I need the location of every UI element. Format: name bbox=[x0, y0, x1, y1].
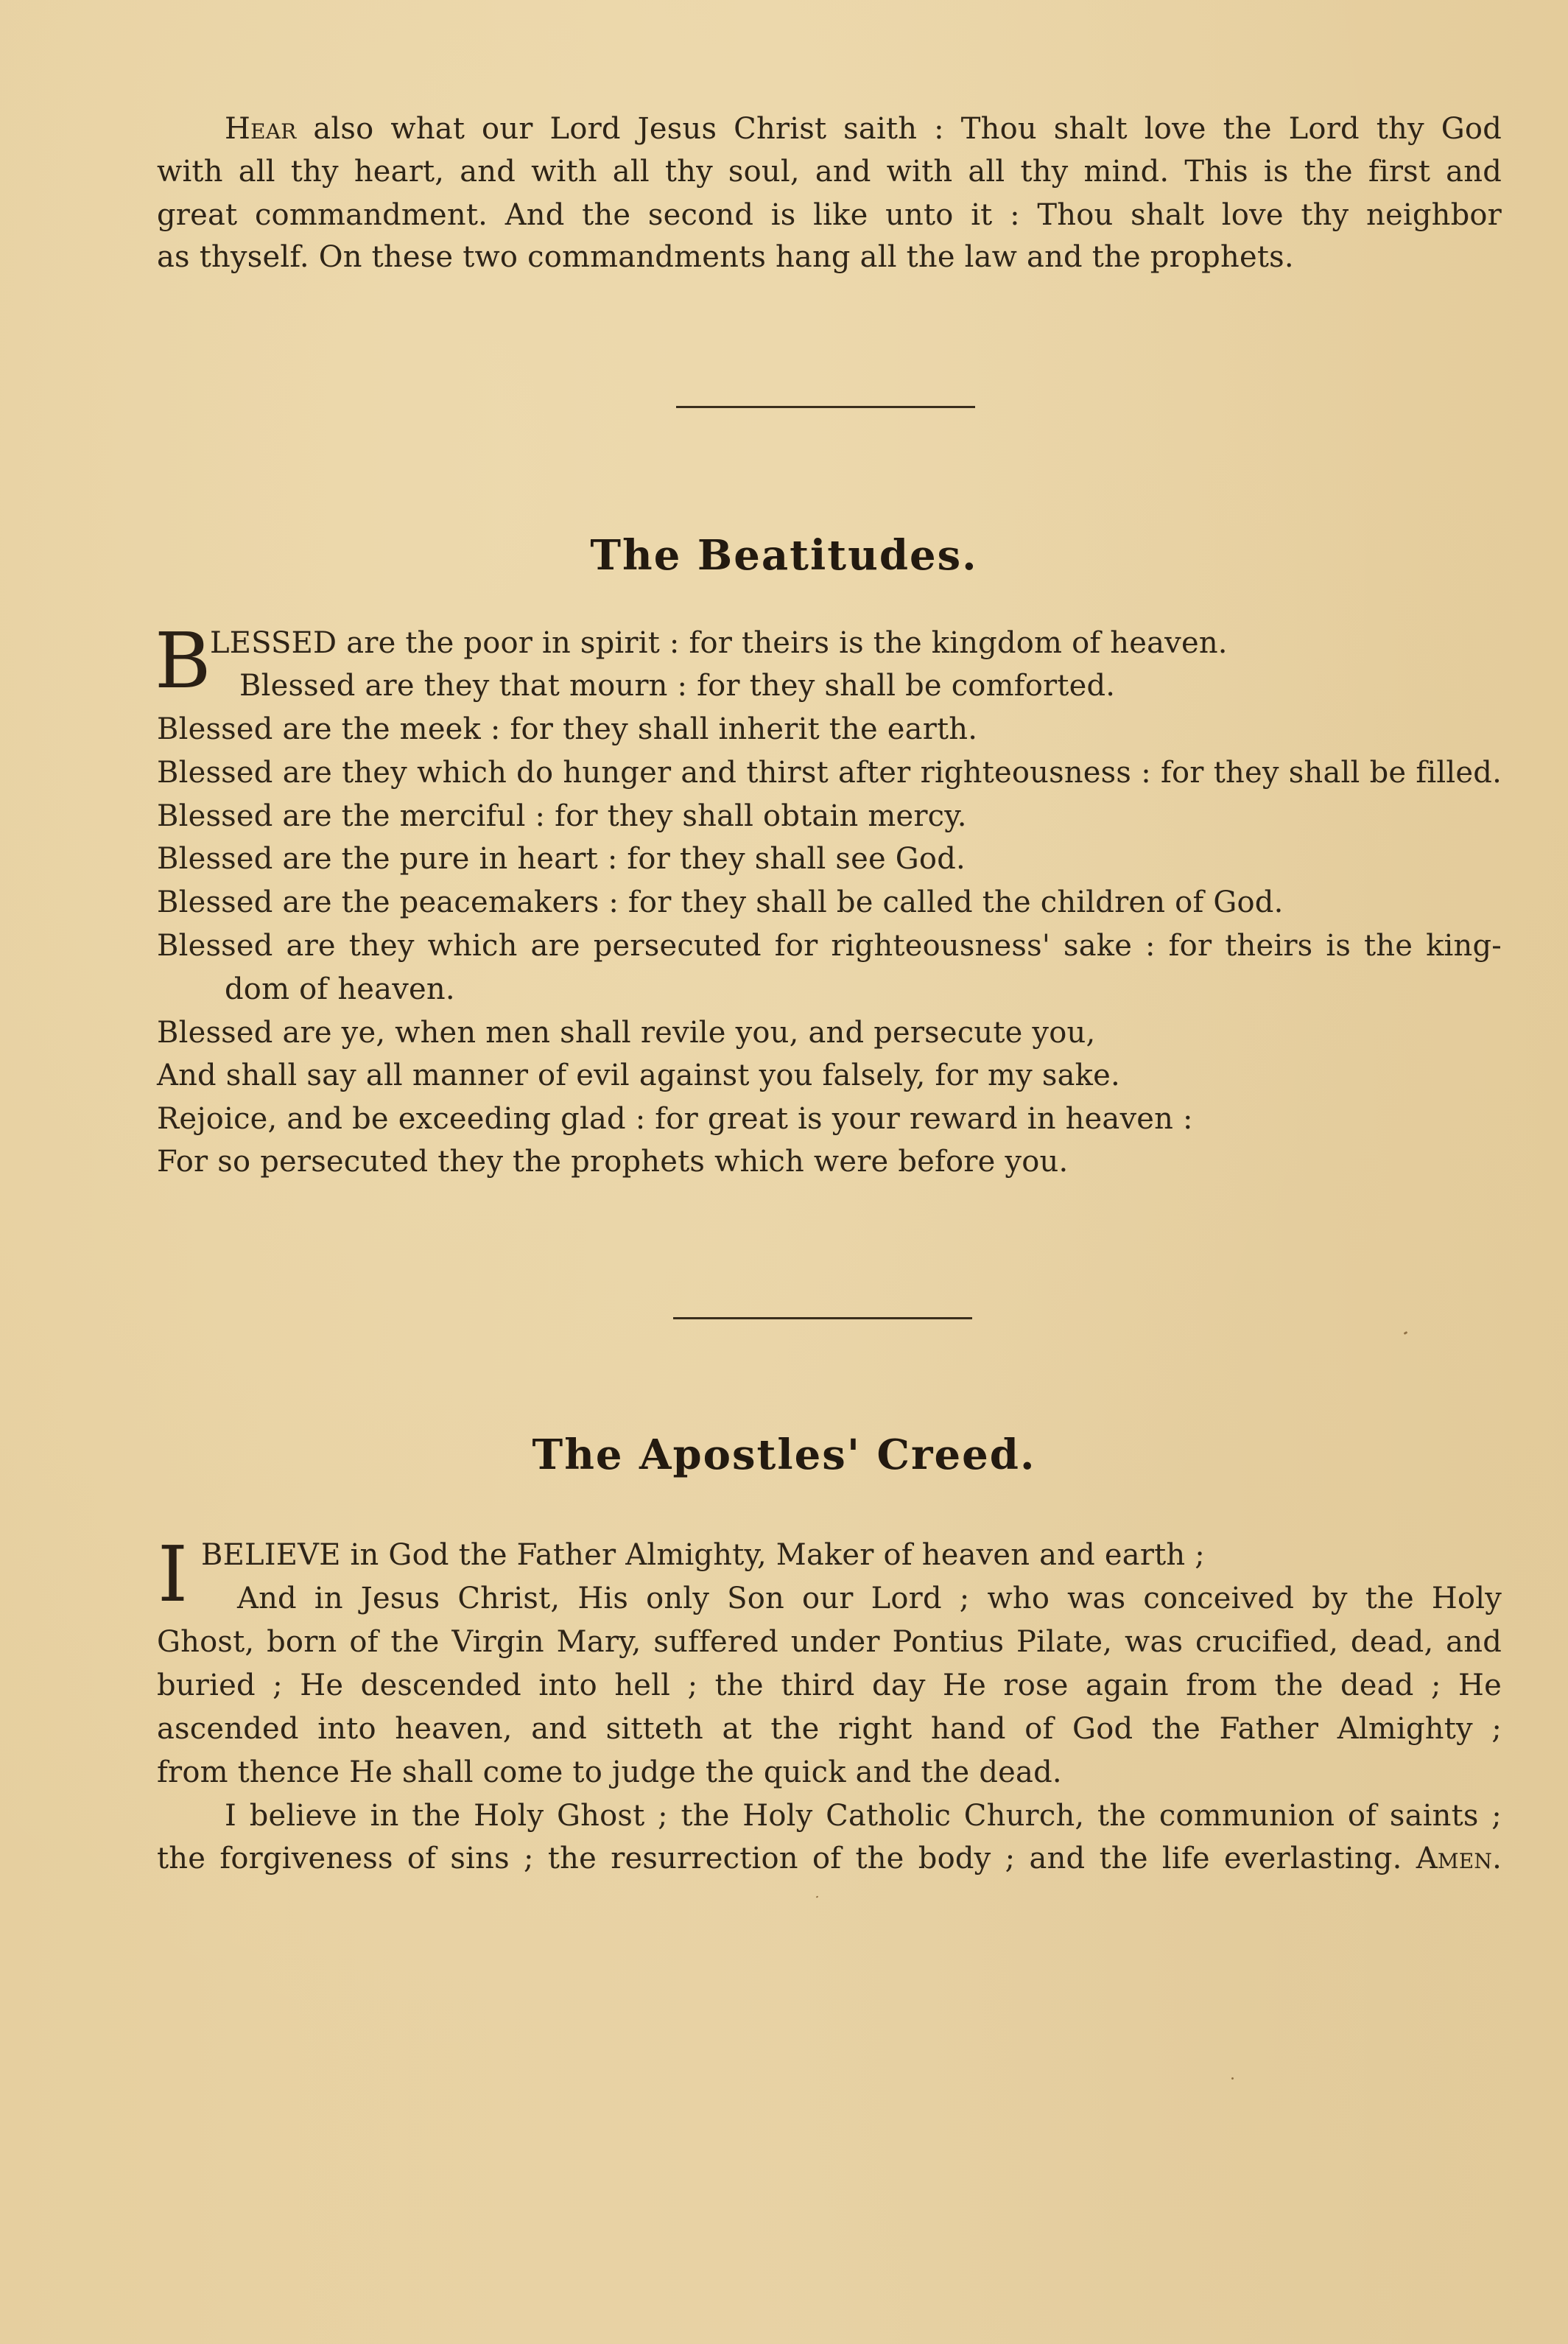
text-line: great commandment. And the second is lik… bbox=[157, 194, 1502, 236]
section-title-apostles-creed: The Apostles' Creed. bbox=[0, 1425, 1568, 1484]
text-line: Blessed are the pure in heart : for they… bbox=[157, 838, 1502, 880]
text-line: from thence He shall come to judge the q… bbox=[157, 1751, 1502, 1794]
text-line: Blessed are ye, when men shall revile yo… bbox=[157, 1011, 1502, 1054]
line-text: also what our Lord Jesus Christ saith : … bbox=[296, 112, 1502, 146]
section-divider bbox=[673, 1317, 972, 1319]
drop-cap: I bbox=[158, 1536, 188, 1613]
text-line: the forgiveness of sins ; the resurrecti… bbox=[157, 1837, 1502, 1880]
text-line: Blessed are they which are persecuted fo… bbox=[157, 924, 1502, 967]
paper-speck bbox=[1231, 2077, 1234, 2080]
drop-cap: B bbox=[155, 622, 211, 699]
book-page: Hear also what our Lord Jesus Christ sai… bbox=[0, 0, 1568, 2344]
text-line: with all thy heart, and with all thy sou… bbox=[157, 150, 1502, 193]
smallcaps-closing: Amen. bbox=[1416, 1842, 1502, 1875]
text-line: And in Jesus Christ, His only Son our Lo… bbox=[237, 1577, 1502, 1620]
text-line: Blessed are the meek : for they shall in… bbox=[157, 708, 1502, 751]
section-divider bbox=[676, 406, 975, 408]
text-line: BELIEVE in God the Father Almighty, Make… bbox=[201, 1534, 1546, 1576]
smallcaps-lead: Hear bbox=[225, 112, 296, 146]
text-line: Blessed are they which do hunger and thi… bbox=[157, 751, 1502, 794]
text-line: dom of heaven. bbox=[225, 968, 1502, 1011]
text-line: Rejoice, and be exceeding glad : for gre… bbox=[157, 1098, 1502, 1140]
text-line: buried ; He descended into hell ; the th… bbox=[157, 1664, 1502, 1707]
text-line: Blessed are the merciful : for they shal… bbox=[157, 795, 1502, 838]
paper-speck bbox=[1404, 1331, 1408, 1335]
text-line: For so persecuted they the prophets whic… bbox=[157, 1140, 1502, 1183]
line-text: the forgiveness of sins ; the resurrecti… bbox=[157, 1842, 1402, 1875]
paper-speck bbox=[816, 1895, 819, 1898]
text-line: Blessed are they that mourn : for they s… bbox=[239, 664, 1516, 707]
text-line: I believe in the Holy Ghost ; the Holy C… bbox=[225, 1794, 1502, 1837]
text-line: Ghost, born of the Virgin Mary, suffered… bbox=[157, 1621, 1502, 1663]
text-line: as thyself. On these two commandments ha… bbox=[157, 236, 1502, 278]
text-line: Blessed are the peacemakers : for they s… bbox=[157, 881, 1502, 924]
section-title-beatitudes: The Beatitudes. bbox=[0, 526, 1568, 585]
text-line: ascended into heaven, and sitteth at the… bbox=[157, 1708, 1502, 1750]
text-line: And shall say all manner of evil against… bbox=[157, 1054, 1502, 1097]
text-line: LESSED are the poor in spirit : for thei… bbox=[210, 622, 1555, 664]
text-line: Hear also what our Lord Jesus Christ sai… bbox=[225, 108, 1502, 150]
